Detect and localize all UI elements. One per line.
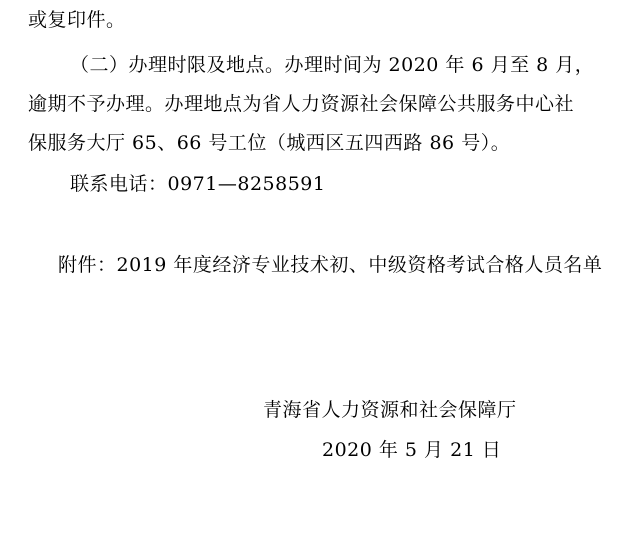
paragraph-line-3: 逾期不予办理。办理地点为省人力资源社会保障公共服务中心社 <box>28 92 574 116</box>
contact-phone: 联系电话：0971—8258591 <box>70 172 325 196</box>
paragraph-line-1: 或复印件。 <box>28 8 126 32</box>
section-heading-time-location: （二）办理时限及地点。办理时间为 2020 年 6 月至 8 月， <box>70 53 594 77</box>
signature-date: 2020 年 5 月 21 日 <box>322 438 501 462</box>
paragraph-line-4: 保服务大厅 65、66 号工位（城西区五四西路 86 号）。 <box>28 131 510 155</box>
attachment-note: 附件：2019 年度经济专业技术初、中级资格考试合格人员名单 <box>58 253 602 277</box>
signature-organization: 青海省人力资源和社会保障厅 <box>263 398 517 422</box>
